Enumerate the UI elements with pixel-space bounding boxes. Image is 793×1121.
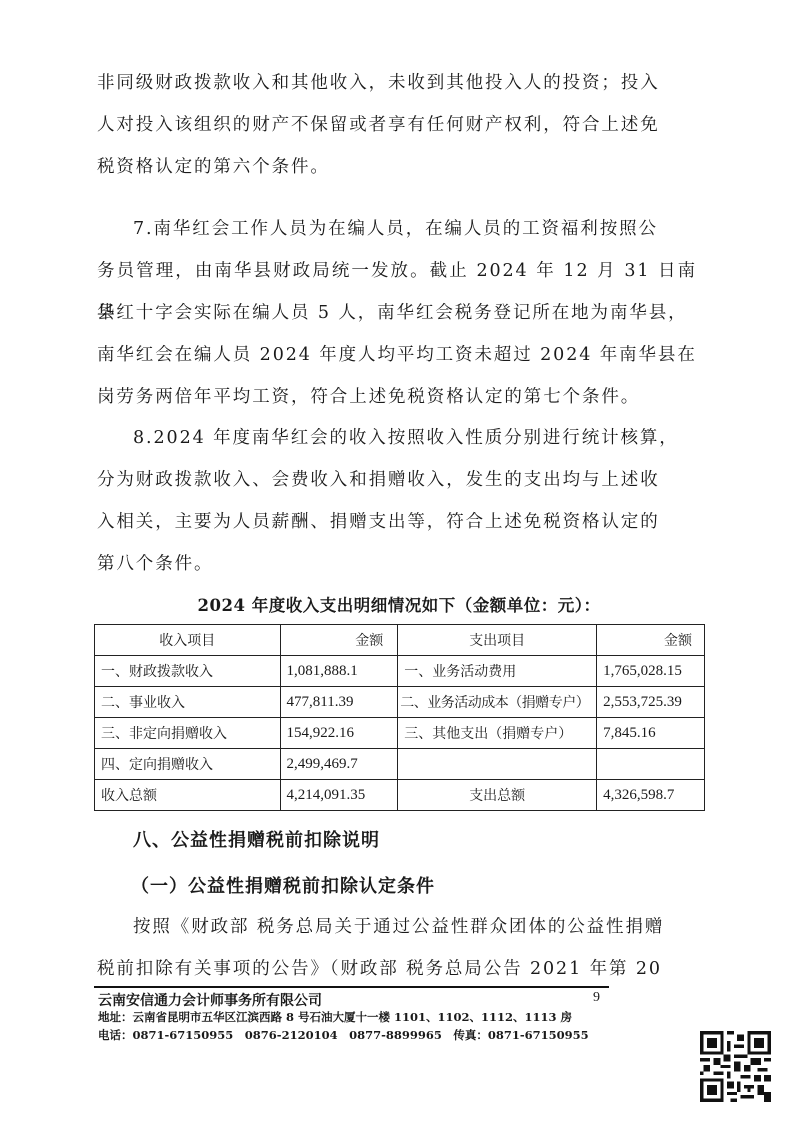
footer-company-name: 云南安信通力会计师事务所有限公司 — [98, 990, 322, 1010]
text-line: 分为财政拨款收入、会费收入和捐赠收入，发生的支出均与上述收 — [97, 459, 697, 501]
text-line: 人对投入该组织的财产不保留或者享有任何财产权利，符合上述免 — [97, 104, 697, 146]
section-heading: 八、公益性捐赠税前扣除说明 — [133, 826, 380, 852]
income-item: 一、财政拨款收入 — [95, 656, 281, 687]
table-header-row: 收入项目 金额 支出项目 金额 — [95, 625, 705, 656]
text-line: 县红十字会实际在编人员 5 人，南华红会税务登记所在地为南华县， — [97, 292, 697, 334]
table-title: 2024 年度收入支出明细情况如下（金额单位：元）： — [94, 592, 704, 616]
income-amount: 477,811.39 — [280, 687, 398, 718]
income-total-label: 收入总额 — [95, 780, 281, 811]
income-item: 三、非定向捐赠收入 — [95, 718, 281, 749]
expense-item: 三、其他支出（捐赠专户） — [398, 718, 597, 749]
expense-item: 二、业务活动成本（捐赠专户） — [398, 687, 597, 718]
income-amount: 2,499,469.7 — [280, 749, 398, 780]
income-amount: 1,081,888.1 — [280, 656, 398, 687]
table-total-row: 收入总额 4,214,091.35 支出总额 4,326,598.7 — [95, 780, 705, 811]
footer-phone: 电话：0871-67150955 0876-2120104 0877-88999… — [98, 1027, 589, 1043]
expense-total-label: 支出总额 — [398, 780, 597, 811]
expense-total-amount: 4,326,598.7 — [597, 780, 705, 811]
text-line: 按照《财政部 税务总局关于通过公益性群众团体的公益性捐赠 — [133, 906, 697, 948]
table-row: 一、财政拨款收入 1,081,888.1 一、业务活动费用 1,765,028.… — [95, 656, 705, 687]
text-line: 税前扣除有关事项的公告》（财政部 税务总局公告 2021 年第 20 — [97, 948, 697, 990]
income-amount: 154,922.16 — [280, 718, 398, 749]
header-expense-amount: 金额 — [597, 625, 705, 656]
table-row: 二、事业收入 477,811.39 二、业务活动成本（捐赠专户） 2,553,7… — [95, 687, 705, 718]
text-line: 入相关，主要为人员薪酬、捐赠支出等，符合上述免税资格认定的 — [97, 501, 697, 543]
header-expense-item: 支出项目 — [398, 625, 597, 656]
text-line: 南华红会在编人员 2024 年度人均平均工资未超过 2024 年南华县在 — [97, 334, 697, 376]
table-row: 三、非定向捐赠收入 154,922.16 三、其他支出（捐赠专户） 7,845.… — [95, 718, 705, 749]
text-line: 岗劳务两倍年平均工资，符合上述免税资格认定的第七个条件。 — [97, 376, 697, 418]
income-total-amount: 4,214,091.35 — [280, 780, 398, 811]
expense-amount: 1,765,028.15 — [597, 656, 705, 687]
text-line: 第八个条件。 — [97, 543, 697, 585]
income-item: 四、定向捐赠收入 — [95, 749, 281, 780]
page-number: 9 — [593, 990, 600, 1006]
header-income-item: 收入项目 — [95, 625, 281, 656]
text-line: 税资格认定的第六个条件。 — [97, 146, 697, 188]
section-subheading: （一）公益性捐赠税前扣除认定条件 — [131, 872, 435, 898]
footer-address: 地址：云南省昆明市五华区江滨西路 8 号石油大厦十一楼 1101、1102、11… — [98, 1009, 572, 1025]
table-row: 四、定向捐赠收入 2,499,469.7 — [95, 749, 705, 780]
income-expense-table: 收入项目 金额 支出项目 金额 一、财政拨款收入 1,081,888.1 一、业… — [94, 624, 705, 811]
expense-amount: 7,845.16 — [597, 718, 705, 749]
qr-code-icon — [700, 1031, 771, 1102]
expense-amount: 2,553,725.39 — [597, 687, 705, 718]
text-line: 7.南华红会工作人员为在编人员，在编人员的工资福利按照公 — [133, 208, 697, 250]
expense-item — [398, 749, 597, 780]
footer-divider — [94, 986, 609, 988]
header-income-amount: 金额 — [280, 625, 398, 656]
text-line: 8.2024 年度南华红会的收入按照收入性质分别进行统计核算， — [133, 417, 697, 459]
expense-amount — [597, 749, 705, 780]
income-item: 二、事业收入 — [95, 687, 281, 718]
expense-item: 一、业务活动费用 — [398, 656, 597, 687]
text-line: 非同级财政拨款收入和其他收入，未收到其他投入人的投资；投入 — [97, 62, 697, 104]
